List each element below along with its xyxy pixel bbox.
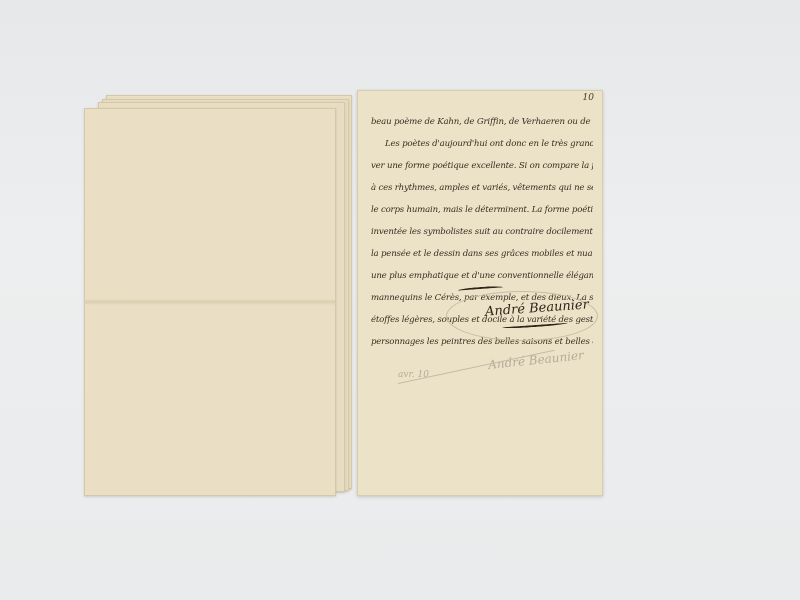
top-folded-sheet <box>84 108 336 496</box>
letter-line: une plus emphatique et d'une conventionn… <box>371 265 593 287</box>
letter-line: la pensée et le dessin dans ses grâces m… <box>371 243 593 265</box>
letter-line: le corps humain, mais le déterminent. La… <box>371 199 593 221</box>
letter-line: inventée les symbolistes suit au contrai… <box>371 221 593 243</box>
page-number: 10 <box>583 93 594 103</box>
letter-line: beau poème de Kahn, de Griffin, de Verha… <box>371 111 593 133</box>
letter-line: ver une forme poétique excellente. Si on… <box>371 155 593 177</box>
letter-line: à ces rhythmes, amples et variés, vêteme… <box>371 177 593 199</box>
letter-line: Les poètes d'aujourd'hui ont donc en le … <box>371 133 593 155</box>
manuscript-letter-page: 10 beau poème de Kahn, de Griffin, de Ve… <box>357 90 603 496</box>
blank-sheet-stack <box>84 95 352 495</box>
